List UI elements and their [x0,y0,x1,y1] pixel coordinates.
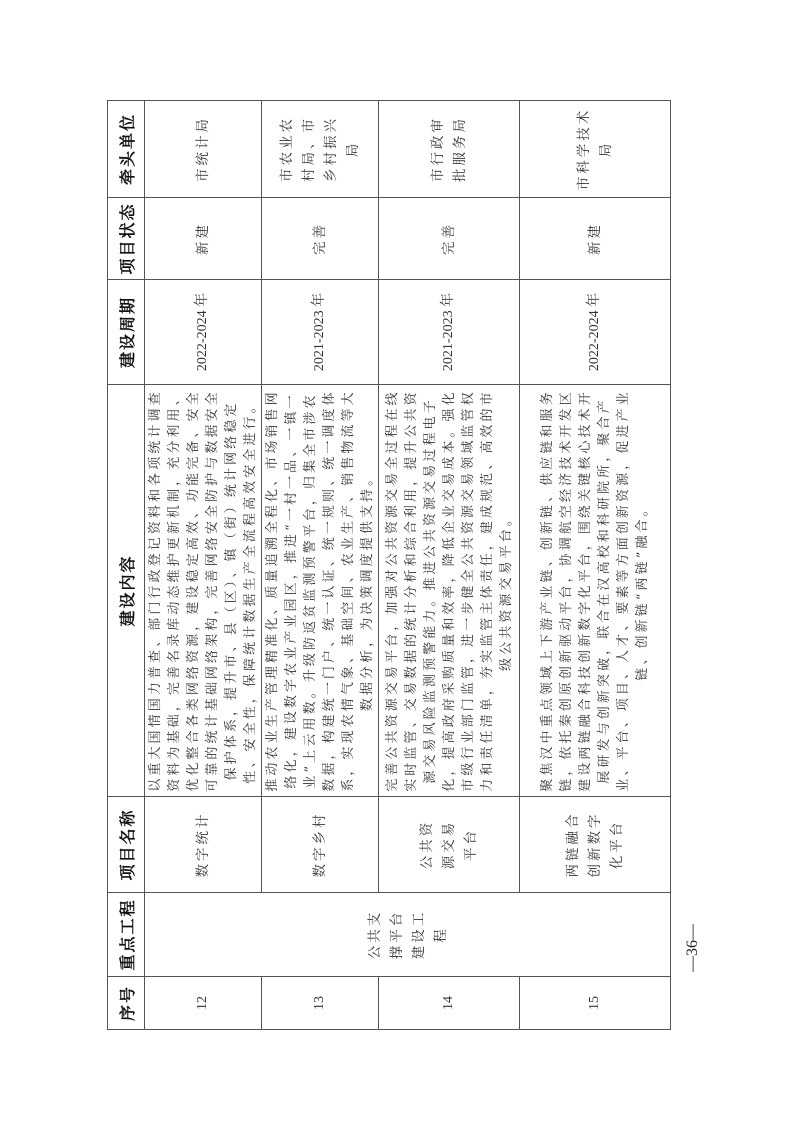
row-status: 完善 [379,198,520,280]
header-period: 建设周期 [108,280,145,385]
key-project-cell: 公共支撑平台建设工程 [145,893,671,977]
row-content: 完善公共资源交易平台，加强对公共资源交易全过程在线实时监管、交易数据的统计分析和… [379,385,520,797]
row-project-name: 数字乡村 [262,797,379,893]
row-period: 2021-2023 年 [262,280,379,385]
table-header-row: 序号 重点工程 项目名称 建设内容 建设周期 项目状态 牵头单位 [108,101,145,1030]
row-content: 推动农业生产管理精准化、质量追溯全程化、市场销售网络化，建设数字农业产业园区，推… [262,385,379,797]
header-status: 项目状态 [108,198,145,280]
table-row: 12 公共支撑平台建设工程 数字统计 以重大国情国力普查、部门行政登记资料和各项… [145,101,262,1030]
header-key-project: 重点工程 [108,893,145,977]
row-period: 2021-2023 年 [379,280,520,385]
header-seq: 序号 [108,977,145,1030]
row-period: 2022-2024 年 [145,280,262,385]
project-table: 序号 重点工程 项目名称 建设内容 建设周期 项目状态 牵头单位 12 公共支撑… [107,100,671,1030]
lead-unit-text: 市行政审批服务局 [427,114,471,184]
row-seq: 13 [262,977,379,1030]
table-row: 14 公共资源交易平台 完善公共资源交易平台，加强对公共资源交易全过程在线实时监… [379,101,520,1030]
row-lead-unit: 市科学技术局 [520,101,671,198]
row-lead-unit: 市统计局 [145,101,262,198]
page-number: —36— [684,924,702,972]
header-lead-unit: 牵头单位 [108,101,145,198]
row-seq: 15 [520,977,671,1030]
project-name-text: 公共资源交易平台 [416,815,482,875]
header-content: 建设内容 [108,385,145,797]
row-content: 聚焦汉中重点领域上下游产业链、创新链、供应链和服务链，依托秦创原创新驱动平台，协… [520,385,671,797]
table-row: 13 数字乡村 推动农业生产管理精准化、质量追溯全程化、市场销售网络化，建设数字… [262,101,379,1030]
row-status: 完善 [262,198,379,280]
row-status: 新建 [145,198,262,280]
project-name-text: 两链融合创新数字化平台 [562,810,628,880]
row-project-name: 数字统计 [145,797,262,893]
row-lead-unit: 市农业农村局、市乡村振兴局 [262,101,379,198]
header-project-name: 项目名称 [108,797,145,893]
table-row: 15 两链融合创新数字化平台 聚焦汉中重点领域上下游产业链、创新链、供应链和服务… [520,101,671,1030]
lead-unit-text: 市农业农村局、市乡村振兴局 [276,114,364,184]
row-project-name: 公共资源交易平台 [379,797,520,893]
row-seq: 14 [379,977,520,1030]
row-period: 2022-2024 年 [520,280,671,385]
row-status: 新建 [520,198,671,280]
row-lead-unit: 市行政审批服务局 [379,101,520,198]
key-project-label: 公共支撑平台建设工程 [364,905,452,965]
row-project-name: 两链融合创新数字化平台 [520,797,671,893]
rotated-table-frame: 序号 重点工程 项目名称 建设内容 建设周期 项目状态 牵头单位 12 公共支撑… [107,101,669,1030]
row-seq: 12 [145,977,262,1030]
row-content: 以重大国情国力普查、部门行政登记资料和各项统计调查资料为基础，完善名录库动态维护… [145,385,262,797]
